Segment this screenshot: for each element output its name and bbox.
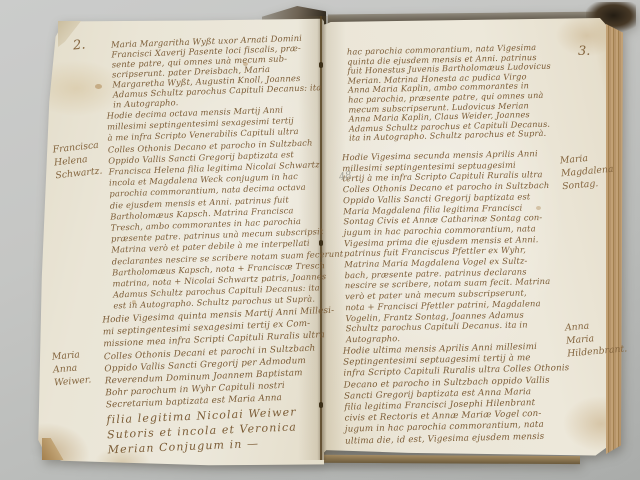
manuscript-paragraph: Hodie Vigesima secunda mensis Aprilis An… [342, 148, 562, 345]
manuscript-paragraph: Hodie Vigesima quinta mensis Martij Anni… [102, 306, 318, 457]
page-number-left: 2. [72, 37, 86, 53]
stitch-mark [319, 240, 323, 246]
margin-note: MariaMagdalenaSontag. [559, 150, 615, 193]
margin-note: AnnaMariaHildenbrant. [564, 316, 627, 360]
stitch-mark [319, 402, 323, 408]
manuscript-paragraph: Maria Margaritha Wyßt uxor Arnati Domini… [111, 33, 313, 110]
margin-note: FranciscaHelenaSchwartz. [52, 139, 103, 183]
page-number-right: 3. [578, 44, 590, 59]
torn-corner [42, 438, 68, 460]
manuscript-paragraph: Hodie ultima mensis Aprilis Anni millesi… [343, 341, 563, 447]
manuscript-paragraph: Hodie decima octava mensis Martij Annimi… [107, 103, 320, 312]
margin-note: MariaAnnaWeiwer. [51, 347, 91, 389]
stitch-mark [319, 62, 323, 68]
manuscript-paragraph: hac parochia commorantium, nata Vigesima… [347, 42, 563, 143]
photo-backdrop: 2. 3. Maria Margaritha Wyßt uxor Arnati … [0, 0, 640, 480]
foxing-spot [95, 84, 102, 89]
fore-edge-page-stack [606, 24, 623, 454]
